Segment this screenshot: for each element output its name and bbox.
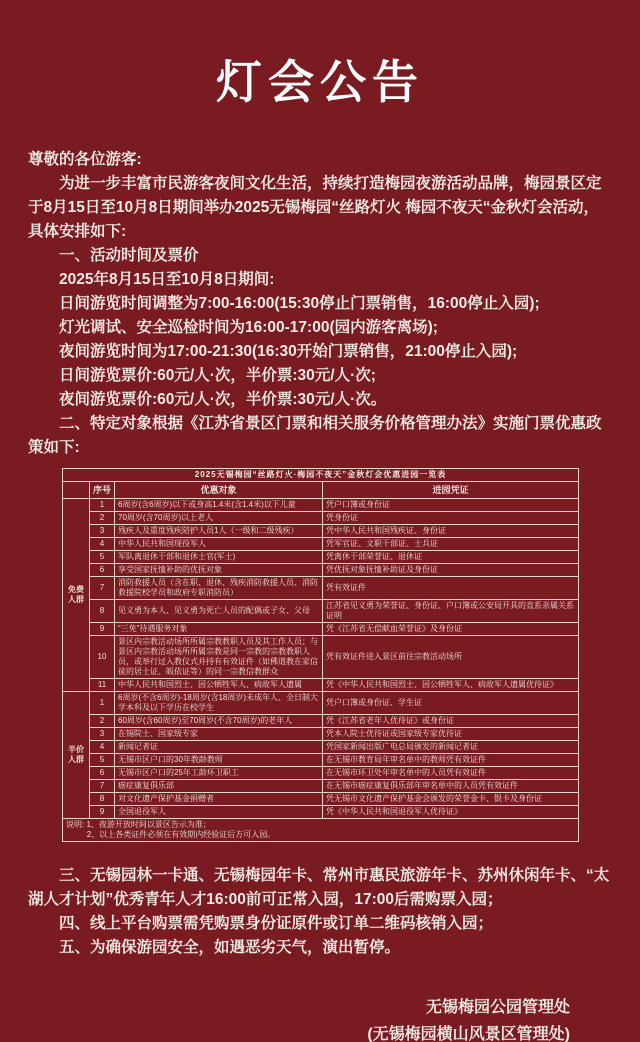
cell-target: 无锡市区户口的25年工龄环卫职工	[115, 767, 323, 780]
cell-no: 4	[90, 538, 115, 551]
signoff-block: 无锡梅园公园管理处 (无锡梅园横山风景区管理处)	[28, 994, 612, 1042]
cell-target: 无锡市区户口的30年教龄教师	[115, 754, 323, 767]
announcement-body: 尊敬的各位游客: 为进一步丰富市民游客夜间文化生活，持续打造梅园夜游活动品牌，梅…	[0, 148, 640, 1042]
cell-credential: 凭中华人民共和国残疾证、身份证	[323, 525, 579, 538]
cell-no: 3	[90, 525, 115, 538]
table-row: 5无锡市区户口的30年教龄教师在无锡市教育局年审名单中的教师凭有效证件	[63, 754, 579, 767]
section-1-line: 日间游览票价:60元/人·次，半价票:30元/人·次;	[28, 364, 612, 388]
section-1-heading: 一、活动时间及票价	[28, 244, 612, 268]
cell-target: 消防救援人员（含在职、退休、残疾消防救援人员、消防救援院校学员和政府专职消防员）	[115, 577, 323, 600]
cell-target: 军队离退休干部和退休士官(军士)	[115, 551, 323, 564]
cell-target: 享受国家抚恤补助的优抚对象	[115, 564, 323, 577]
cell-target: 残疾人及重度残疾陪护人员1人（一级和二级残疾）	[115, 525, 323, 538]
cell-credential: 在无锡市教育局年审名单中的教师凭有效证件	[323, 754, 579, 767]
table-row: 4新闻记者证凭国家新闻出版广电总局颁发的新闻记者证	[63, 741, 579, 754]
table-row: 3在锡院士、国家级专家凭本人院士优待证或国家级专家优待证	[63, 728, 579, 741]
cell-target: “三免”待遇服务对象	[115, 623, 323, 636]
cell-no: 7	[90, 577, 115, 600]
cell-target: 中华人民共和国现役军人	[115, 538, 323, 551]
discount-table-foot: 说明: 1、夜游开放时间以景区告示为准； 2、以上各类证件必须在有效期内经验证后…	[63, 819, 579, 842]
table-row: 5军队离退休干部和退休士官(军士)凭离休干部荣誉证、退休证	[63, 551, 579, 564]
cell-credential: 凭军官证、文职干部证、士兵证	[323, 538, 579, 551]
cell-credential: 在无锡市环卫处年审名单中的人员凭有效证件	[323, 767, 579, 780]
cell-no: 8	[90, 600, 115, 623]
table-row: 8见义勇为本人、见义勇为死亡人员的配偶或子女、父母江苏省见义勇为荣誉证、身份证、…	[63, 600, 579, 623]
cell-no: 1	[90, 499, 115, 512]
group-name-cell: 免费人群	[63, 499, 90, 692]
page-title: 灯会公告	[0, 0, 640, 112]
cell-credential: 凭户口簿或身份证、学生证	[323, 692, 579, 715]
cell-no: 4	[90, 741, 115, 754]
group-name-cell: 半价人群	[63, 692, 90, 819]
cell-credential: 凭无锡市文化遗产保护基金会颁发的荣誉金卡、银卡及身份证	[323, 793, 579, 806]
table-row: 7癌症康复俱乐部在无锡市癌症康复俱乐部年审名单中的人员凭有效证件	[63, 780, 579, 793]
cell-target: 对文化遗产保护基金捐赠者	[115, 793, 323, 806]
section-1-line: 2025年8月15日至10月8日期间:	[28, 268, 612, 292]
cell-target: 60周岁(含60周岁)至70周岁(不含70周岁)的老年人	[115, 715, 323, 728]
header-credential: 进园凭证	[323, 482, 579, 499]
cell-credential: 凭国家新闻出版广电总局颁发的新闻记者证	[323, 741, 579, 754]
cell-credential: 凭户口簿或身份证	[323, 499, 579, 512]
section-1-line: 夜间游览票价:60元/人·次，半价票:30元/人·次。	[28, 388, 612, 412]
note-line-2: 2、以上各类证件必须在有效期内经验证后方可入园。	[66, 830, 575, 840]
section-1-activity-times: 一、活动时间及票价 2025年8月15日至10月8日期间: 日间游览时间调整为7…	[28, 244, 612, 412]
cell-credential: 凭《江苏省无偿献血荣誉证》及身份证	[323, 623, 579, 636]
table-title-row: 2025无锡梅园“丝路灯火·梅园不夜天”金秋灯会优惠进园一览表	[63, 469, 579, 482]
cell-target: 见义勇为本人、见义勇为死亡人员的配偶或子女、父母	[115, 600, 323, 623]
cell-target: 新闻记者证	[115, 741, 323, 754]
cell-no: 1	[90, 692, 115, 715]
cell-target: 70周岁(含70周岁)以上老人	[115, 512, 323, 525]
table-title: 2025无锡梅园“丝路灯火·梅园不夜天”金秋灯会优惠进园一览表	[63, 469, 579, 482]
cell-target: 在锡院士、国家级专家	[115, 728, 323, 741]
cell-no: 5	[90, 551, 115, 564]
section-1-line: 日间游览时间调整为7:00-16:00(15:30停止门票销售，16:00停止入…	[28, 292, 612, 316]
note-line-1: 说明: 1、夜游开放时间以景区告示为准；	[66, 820, 575, 830]
discount-table-head: 2025无锡梅园“丝路灯火·梅园不夜天”金秋灯会优惠进园一览表 序号 优惠对象 …	[63, 469, 579, 499]
cell-no: 10	[90, 636, 115, 679]
table-row: 半价人群16周岁(不含6周岁)-18周岁(含18周岁)未成年人、全日制大学本科及…	[63, 692, 579, 715]
header-group-empty	[63, 482, 90, 499]
cell-target: 癌症康复俱乐部	[115, 780, 323, 793]
table-row: 11中华人民共和国烈士、因公牺牲军人、病故军人遗属凭《中华人民共和国烈士、因公牺…	[63, 679, 579, 692]
cell-no: 5	[90, 754, 115, 767]
table-row: 3残疾人及重度残疾陪护人员1人（一级和二级残疾）凭中华人民共和国残疾证、身份证	[63, 525, 579, 538]
cell-target: 中华人民共和国烈士、因公牺牲军人、病故军人遗属	[115, 679, 323, 692]
header-no: 序号	[90, 482, 115, 499]
table-row: 免费人群16周岁(含6周岁)以下或身高1.4米(含1.4米)以下儿童凭户口簿或身…	[63, 499, 579, 512]
table-row: 8对文化遗产保护基金捐赠者凭无锡市文化遗产保护基金会颁发的荣誉金卡、银卡及身份证	[63, 793, 579, 806]
cell-target: 6周岁(含6周岁)以下或身高1.4米(含1.4米)以下儿童	[115, 499, 323, 512]
cell-no: 6	[90, 564, 115, 577]
section-3-paragraph: 三、无锡园林一卡通、无锡梅园年卡、常州市惠民旅游年卡、苏州休闲年卡、“太湖人才计…	[28, 864, 612, 912]
section-1-line: 夜间游览时间为17:00-21:30(16:30开始门票销售，21:00停止入园…	[28, 340, 612, 364]
intro-paragraph: 为进一步丰富市民游客夜间文化生活，持续打造梅园夜游活动品牌，梅园景区定于8月15…	[28, 172, 612, 244]
table-row: 6无锡市区户口的25年工龄环卫职工在无锡市环卫处年审名单中的人员凭有效证件	[63, 767, 579, 780]
cell-no: 8	[90, 793, 115, 806]
greeting-line: 尊敬的各位游客:	[28, 148, 612, 172]
header-target: 优惠对象	[115, 482, 323, 499]
signoff-line-2: (无锡梅园横山风景区管理处)	[28, 1021, 570, 1042]
discount-table-body: 免费人群16周岁(含6周岁)以下或身高1.4米(含1.4米)以下儿童凭户口簿或身…	[63, 499, 579, 819]
table-row: 4中华人民共和国现役军人凭军官证、文职干部证、士兵证	[63, 538, 579, 551]
cell-no: 6	[90, 767, 115, 780]
cell-credential: 凭有效证件	[323, 577, 579, 600]
cell-credential: 凭离休干部荣誉证、退休证	[323, 551, 579, 564]
section-5-paragraph: 五、为确保游园安全，如遇恶劣天气，演出暂停。	[28, 936, 612, 960]
section-4-paragraph: 四、线上平台购票需凭购票身份证原件或订单二维码核销入园；	[28, 912, 612, 936]
table-header-row: 序号 优惠对象 进园凭证	[63, 482, 579, 499]
cell-target: 6周岁(不含6周岁)-18周岁(含18周岁)未成年人、全日制大学本科及以下学历在…	[115, 692, 323, 715]
cell-no: 9	[90, 806, 115, 819]
table-row: 9全国退役军人凭《中华人民共和国退役军人优待证》	[63, 806, 579, 819]
cell-no: 3	[90, 728, 115, 741]
section-1-line: 灯光调试、安全巡检时间为16:00-17:00(园内游客离场);	[28, 316, 612, 340]
cell-credential: 凭《中华人民共和国烈士、因公牺牲军人、病故军人遗属优待证》	[323, 679, 579, 692]
cell-credential: 凭本人院士优待证或国家级专家优待证	[323, 728, 579, 741]
table-row: 10景区内宗教活动场所所属宗教教职人员及其工作人员；与景区内宗教活动场所所属宗教…	[63, 636, 579, 679]
cell-no: 9	[90, 623, 115, 636]
cell-credential: 凭《中华人民共和国退役军人优待证》	[323, 806, 579, 819]
cell-no: 11	[90, 679, 115, 692]
table-row: 260周岁(含60周岁)至70周岁(不含70周岁)的老年人凭《江苏省老年人优待证…	[63, 715, 579, 728]
table-row: 6享受国家抚恤补助的优抚对象凭优抚对象抚恤补助证及身份证	[63, 564, 579, 577]
cell-target: 全国退役军人	[115, 806, 323, 819]
cell-credential: 凭身份证	[323, 512, 579, 525]
discount-table: 2025无锡梅园“丝路灯火·梅园不夜天”金秋灯会优惠进园一览表 序号 优惠对象 …	[62, 468, 579, 842]
cell-no: 7	[90, 780, 115, 793]
cell-credential: 在无锡市癌症康复俱乐部年审名单中的人员凭有效证件	[323, 780, 579, 793]
cell-credential: 凭《江苏省老年人优待证》或身份证	[323, 715, 579, 728]
table-row: 270周岁(含70周岁)以上老人凭身份证	[63, 512, 579, 525]
table-row: 9“三免”待遇服务对象凭《江苏省无偿献血荣誉证》及身份证	[63, 623, 579, 636]
cell-credential: 江苏省见义勇为荣誉证、身份证、户口簿或公安局开具的直系亲属关系证明	[323, 600, 579, 623]
table-notes: 说明: 1、夜游开放时间以景区告示为准； 2、以上各类证件必须在有效期内经验证后…	[63, 819, 579, 842]
cell-no: 2	[90, 715, 115, 728]
announcement-poster: 灯会公告 尊敬的各位游客: 为进一步丰富市民游客夜间文化生活，持续打造梅园夜游活…	[0, 0, 640, 1042]
table-row: 7消防救援人员（含在职、退休、残疾消防救援人员、消防救援院校学员和政府专职消防员…	[63, 577, 579, 600]
cell-target: 景区内宗教活动场所所属宗教教职人员及其工作人员；与景区内宗教活动场所所属宗教是同…	[115, 636, 323, 679]
section-2-paragraph: 二、特定对象根据《江苏省景区门票和相关服务价格管理办法》实施门票优惠政策如下:	[28, 412, 612, 460]
signoff-line-1: 无锡梅园公园管理处	[28, 994, 570, 1021]
cell-credential: 凭优抚对象抚恤补助证及身份证	[323, 564, 579, 577]
cell-credential: 凭有效证件进入景区前往宗教活动场所	[323, 636, 579, 679]
table-notes-row: 说明: 1、夜游开放时间以景区告示为准； 2、以上各类证件必须在有效期内经验证后…	[63, 819, 579, 842]
cell-no: 2	[90, 512, 115, 525]
